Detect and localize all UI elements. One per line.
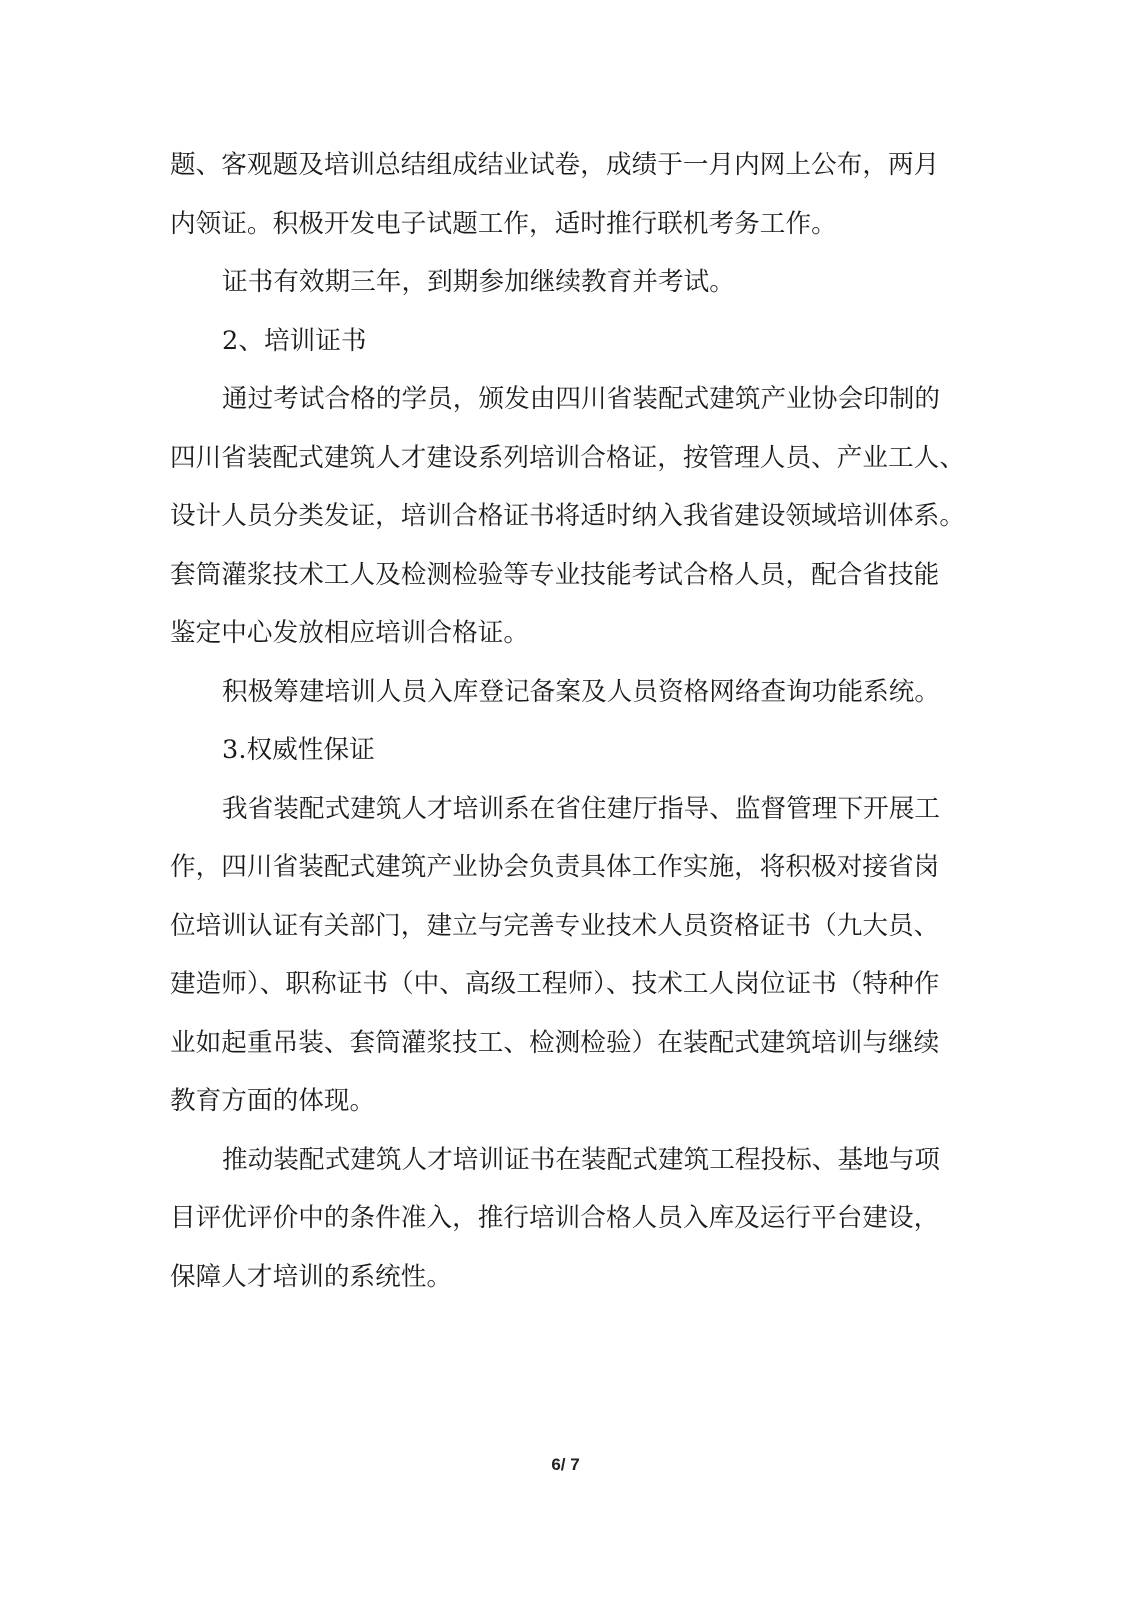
text-line: 设计人员分类发证，培训合格证书将适时纳入我省建设领域培训体系。: [170, 491, 942, 550]
page-number: 6/ 7: [0, 1455, 1131, 1475]
text-line: 作，四川省装配式建筑产业协会负责具体工作实施，将积极对接省岗: [170, 842, 942, 901]
text-line: 内领证。积极开发电子试题工作，适时推行联机考务工作。: [170, 199, 942, 258]
document-body: 题、客观题及培训总结组成结业试卷，成绩于一月内网上公布，两月 内领证。积极开发电…: [170, 140, 942, 1310]
text-line: 积极筹建培训人员入库登记备案及人员资格网络查询功能系统。: [170, 667, 942, 726]
text-line: 鉴定中心发放相应培训合格证。: [170, 608, 942, 667]
text-line: 题、客观题及培训总结组成结业试卷，成绩于一月内网上公布，两月: [170, 140, 942, 199]
section-heading: 3.权威性保证: [170, 725, 942, 784]
text-line: 保障人才培训的系统性。: [170, 1252, 942, 1311]
text-line: 目评优评价中的条件准入，推行培训合格人员入库及运行平台建设，: [170, 1193, 942, 1252]
text-line: 我省装配式建筑人才培训系在省住建厅指导、监督管理下开展工: [170, 784, 942, 843]
text-line: 业如起重吊装、套筒灌浆技工、检测检验）在装配式建筑培训与继续: [170, 1018, 942, 1077]
text-line: 套筒灌浆技术工人及检测检验等专业技能考试合格人员，配合省技能: [170, 550, 942, 609]
text-line: 四川省装配式建筑人才建设系列培训合格证，按管理人员、产业工人、: [170, 433, 942, 492]
text-line: 教育方面的体现。: [170, 1076, 942, 1135]
text-line: 证书有效期三年，到期参加继续教育并考试。: [170, 257, 942, 316]
text-line: 位培训认证有关部门，建立与完善专业技术人员资格证书（九大员、: [170, 901, 942, 960]
section-heading: 2、培训证书: [170, 316, 942, 375]
text-line: 推动装配式建筑人才培训证书在装配式建筑工程投标、基地与项: [170, 1135, 942, 1194]
text-line: 建造师）、职称证书（中、高级工程师）、技术工人岗位证书（特种作: [170, 959, 942, 1018]
text-line: 通过考试合格的学员，颁发由四川省装配式建筑产业协会印制的: [170, 374, 942, 433]
